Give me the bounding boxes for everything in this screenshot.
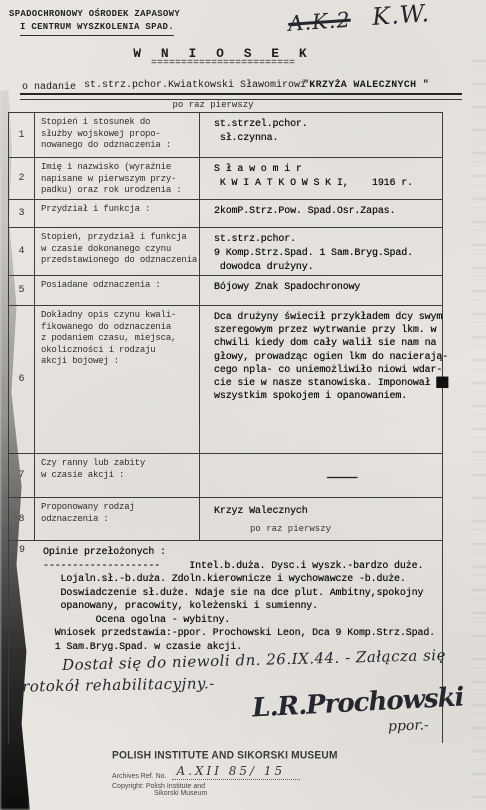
table-row: 5 Posiadane odznaczenia : Bójowy Znak Sp… — [9, 276, 442, 306]
letterhead-line1: SPADOCHRONOWY OŚRODEK ZAPASOWY — [9, 9, 180, 19]
table-row: 4 Stopień, przydział i funkcja w czasie … — [9, 228, 442, 276]
title-underline: ======================== — [0, 58, 446, 69]
subtitle-prefix: o nadanie — [22, 82, 76, 93]
row-value: — — [200, 454, 442, 497]
row-number: 3 — [9, 200, 35, 227]
stamp-copyright-line2: Sikorski Museum — [154, 790, 372, 797]
row-number: 8 — [9, 498, 35, 540]
table-row: 3 Przydział i funkcja : 2komP.Strz.Pow. … — [9, 200, 442, 228]
row-label: Stopień i stosunek do służby wojskowej p… — [35, 113, 200, 157]
table-row: 7 Czy ranny lub zabity w czasie akcji : … — [9, 454, 442, 498]
proposed-award-note: po raz pierwszy — [250, 522, 442, 536]
archive-stamp: POLISH INSTITUTE AND SIKORSKI MUSEUM Arc… — [112, 750, 372, 797]
row-number: 9 — [9, 541, 35, 743]
table-row: 2 Imię i nazwisko (wyraźnie napisane w p… — [9, 158, 442, 200]
annotation-struck-text: A.K.2 — [287, 8, 351, 36]
letterhead: SPADOCHRONOWY OŚRODEK ZAPASOWY I CENTRUM… — [9, 8, 180, 36]
handwritten-annotation: A.K.2 K.W. — [287, 0, 431, 37]
row-value: st.strzel.pchor. sł.czynna. — [200, 113, 442, 157]
signature-rank: ppor.- — [388, 717, 429, 734]
row-value: S ł a w o m i r K W I A T K O W S K I, 1… — [200, 158, 442, 199]
row-value: Bójowy Znak Spadochronowy — [200, 276, 442, 305]
row-number: 7 — [9, 454, 35, 497]
row-number: 2 — [9, 158, 35, 199]
row-number: 6 — [9, 306, 35, 453]
row-value: 2komP.Strz.Pow. Spad.Osr.Zapas. — [200, 200, 442, 227]
row-number: 1 — [9, 113, 35, 157]
row-label: Dokładny opis czynu kwali- fikowanego do… — [35, 306, 200, 453]
table-row: 6 Dokładny opis czynu kwali- fikowanego … — [9, 306, 442, 454]
dash-mark: — — [327, 472, 356, 486]
stamp-ref-number: A.XII 85/ 15 — [172, 764, 300, 780]
row-label: Stopień, przydział i funkcja w czasie do… — [35, 228, 200, 275]
row-value: Krzyz Walecznych po raz pierwszy — [200, 498, 442, 540]
stamp-copyright-line1: Copyright: Polish Institute and — [112, 783, 372, 790]
subtitle-rule — [20, 93, 462, 100]
award-name: "KRZYŻA WALECZNYCH " — [303, 80, 429, 91]
row-label: Przydział i funkcja : — [35, 200, 200, 227]
first-time-note: po raz pierwszy — [0, 100, 426, 110]
citation-text: Dca drużyny świecił przykładem dcy swym … — [200, 306, 448, 453]
table-row: 8 Proponowany rodzaj odznaczenia : Krzyz… — [9, 498, 442, 541]
handwritten-note-line2: protokół rehabilitacyjny.- — [12, 674, 215, 696]
letterhead-line2: I CENTRUM WYSZKOLENIA SPAD. — [20, 21, 174, 36]
row-label: Imię i nazwisko (wyraźnie napisane w pie… — [35, 158, 200, 199]
annotation-text: K.W. — [371, 0, 430, 31]
photocopy-noise — [472, 60, 486, 810]
row-number: 5 — [9, 276, 35, 305]
row-number: 4 — [9, 228, 35, 275]
row-label: Posiadane odznaczenia : — [35, 276, 200, 305]
row-value: st.strz.pchor. 9 Komp.Strz.Spad. 1 Sam.B… — [200, 228, 442, 275]
stamp-reference-row: Archives Ref. No. A.XII 85/ 15 — [112, 764, 372, 780]
table-row: 1 Stopień i stosunek do służby wojskowej… — [9, 113, 442, 158]
proposed-award: Krzyz Walecznych — [214, 505, 442, 519]
document-page: SPADOCHRONOWY OŚRODEK ZAPASOWY I CENTRUM… — [0, 0, 486, 810]
stamp-institute-name: POLISH INSTITUTE AND SIKORSKI MUSEUM — [112, 749, 377, 761]
row-label: Czy ranny lub zabity w czasie akcji : — [35, 454, 200, 497]
row-label: Proponowany rodzaj odznaczenia : — [35, 498, 200, 540]
nominee-name: st.strz.pchor.Kwiatkowski Sławomirowi — [84, 80, 306, 91]
stamp-ref-label: Archives Ref. No. — [112, 773, 166, 780]
